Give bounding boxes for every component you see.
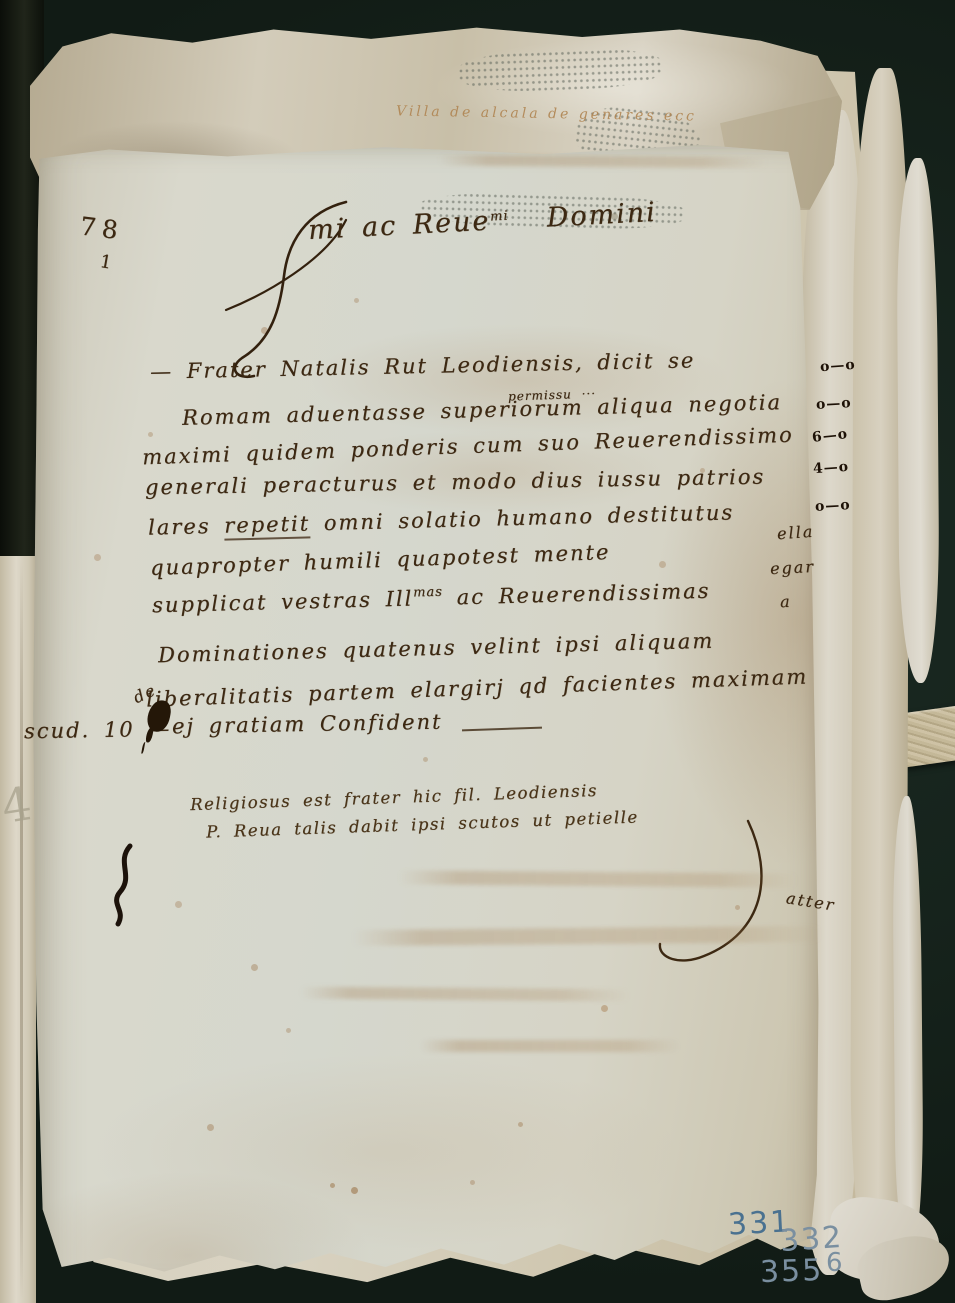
folio-number: 78: [78, 211, 125, 245]
edge-ink-mark: o—o: [815, 497, 851, 515]
archive-photograph: Villa de alcala de genares ecc 78 1 scud…: [0, 0, 955, 1303]
manuscript-line: ej gratiam Confident: [172, 710, 443, 739]
edge-ink-mark: o—o: [819, 357, 856, 375]
archival-number: 6: [826, 1248, 845, 1278]
page-edge-strip: [896, 158, 940, 683]
ink-squiggle: [104, 842, 144, 928]
archival-number: 355: [759, 1253, 823, 1290]
edge-ink-mark: o—o: [816, 395, 852, 413]
edge-text-fragment: egar: [770, 557, 816, 578]
page-edge-strip: [892, 796, 924, 1256]
mold-speckles: [457, 46, 663, 93]
edge-ink-mark: 4—o: [812, 459, 849, 477]
left-page-crease: [20, 560, 23, 1300]
heading-superscript: mi: [490, 209, 509, 225]
bleed-through-text: [420, 1040, 680, 1052]
line-superscript: mas: [413, 585, 443, 601]
edge-text-fragment: ella: [776, 522, 814, 544]
edge-text-fragment: a: [780, 592, 792, 611]
left-page-fore-edges: [0, 556, 36, 1303]
line-pre: lares: [148, 514, 225, 540]
line-underlined-word: repetit: [224, 511, 311, 540]
